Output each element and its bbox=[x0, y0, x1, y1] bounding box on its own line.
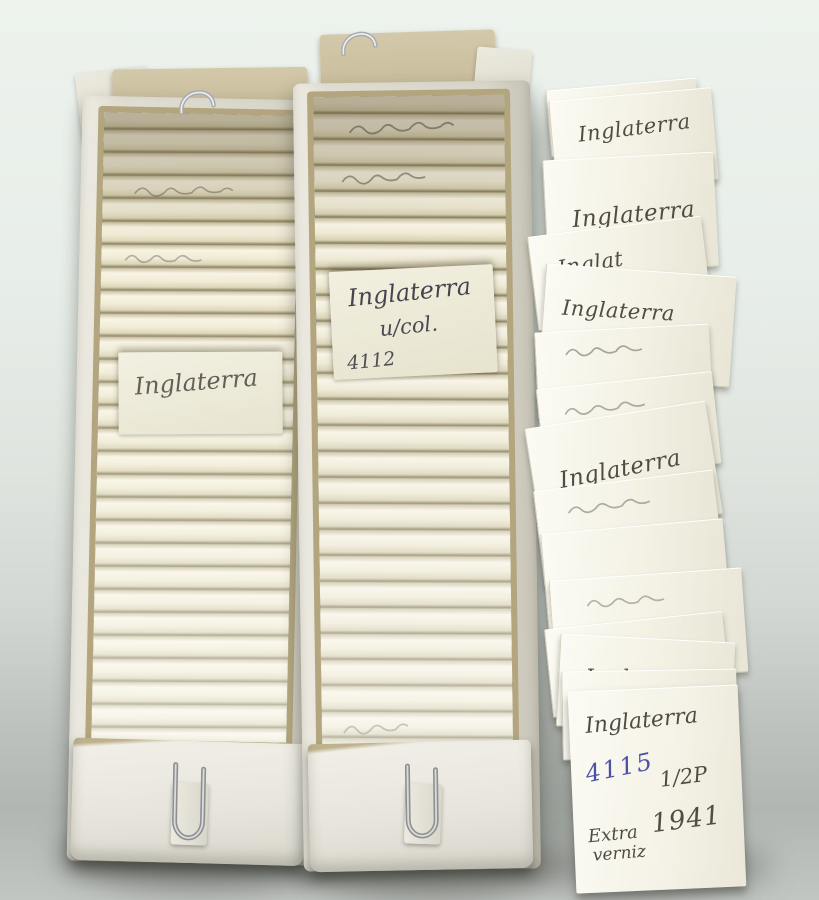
front-envelope: Inglaterra 4115 1/2P 1941 Extra verniz bbox=[568, 684, 747, 893]
left-box-cavity: Inglaterra bbox=[85, 106, 305, 749]
front-envelope-note-line2: verniz bbox=[592, 842, 647, 866]
faint-scribble bbox=[566, 492, 677, 519]
wire-clasp bbox=[392, 762, 451, 849]
faint-scribble bbox=[585, 591, 686, 612]
front-envelope-denomination: 1/2P bbox=[658, 762, 709, 792]
handwriting-label: Inglaterra bbox=[561, 296, 675, 326]
wire-ring bbox=[336, 24, 382, 57]
left-stock-box: Inglaterra bbox=[67, 66, 329, 866]
front-envelope-country: Inglaterra bbox=[584, 703, 699, 739]
cavity-lighting bbox=[313, 95, 513, 748]
middle-box-cavity: Inglaterra u/col. 4112 bbox=[307, 89, 519, 754]
middle-stock-box: Inglaterra u/col. 4112 bbox=[292, 26, 541, 871]
front-envelope-catalog-number: 4115 bbox=[583, 747, 656, 788]
photo-canvas: Inglaterra bbox=[0, 0, 819, 900]
front-envelope-year: 1941 bbox=[650, 800, 723, 839]
faint-scribble bbox=[564, 342, 655, 361]
handwriting-label: Inglaterra bbox=[577, 109, 692, 147]
loose-envelope-stack: Inglaterra Inglaterra Inglat Inglaterra … bbox=[520, 80, 819, 900]
wire-clasp bbox=[159, 760, 219, 849]
wire-ring bbox=[174, 81, 221, 116]
cavity-lighting bbox=[91, 112, 299, 743]
